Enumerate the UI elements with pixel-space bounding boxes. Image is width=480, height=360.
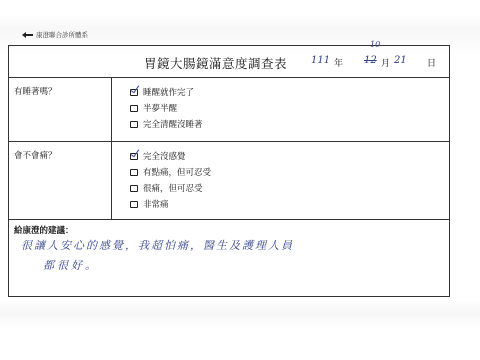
arrow-left-icon [22, 33, 33, 37]
handwritten-suggestion-line2: 都很好。 [43, 257, 99, 273]
option-label: 睡醒就作完了 [143, 86, 194, 98]
date-month-correction[interactable]: 10 [370, 40, 380, 49]
checkbox-icon[interactable] [130, 169, 138, 176]
survey-form: 胃鏡大腸鏡滿意度調查表 111 年 10 12 月 21 日 有睡著嗎？ 睡醒就… [8, 45, 450, 297]
date-day-value[interactable]: 21 [394, 55, 407, 66]
date-year-label: 年 [334, 56, 343, 69]
checkbox-icon[interactable] [130, 185, 138, 192]
option-label: 半夢半醒 [143, 102, 177, 114]
option-item[interactable]: 完全清醒沒睡著 [130, 116, 203, 132]
option-list: 睡醒就作完了 半夢半醒 完全清醒沒睡著 [130, 84, 203, 132]
option-item[interactable]: 完全沒感覺 [130, 148, 211, 164]
checkbox-checked-icon[interactable] [130, 153, 138, 160]
option-item[interactable]: 半夢半醒 [130, 100, 203, 116]
scan-shadow-bottom [0, 300, 480, 328]
suggestion-label: 給康澄的建議： [14, 224, 74, 236]
question-row-sleep: 有睡著嗎？ 睡醒就作完了 半夢半醒 完全清醒沒睡著 [9, 78, 449, 142]
column-divider [111, 142, 112, 219]
date-month-value[interactable]: 12 [364, 55, 377, 66]
option-label: 有點痛，但可忍受 [143, 166, 211, 178]
question-row-pain: 會不會痛？ 完全沒感覺 有點痛，但可忍受 很痛，但可忍受 非常痛 [9, 142, 449, 220]
checkbox-icon[interactable] [130, 201, 138, 208]
suggestion-section[interactable]: 給康澄的建議： 很讓人安心的感覺，我超怕痛，醫生及護理人員 都很好。 [9, 220, 449, 298]
option-label: 完全清醒沒睡著 [143, 118, 203, 130]
organization-name: 康澄聯合診所體系 [36, 30, 88, 39]
option-item[interactable]: 有點痛，但可忍受 [130, 164, 211, 180]
date-month-label: 月 [381, 56, 390, 69]
checkbox-checked-icon[interactable] [130, 89, 138, 96]
option-item[interactable]: 非常痛 [130, 196, 211, 212]
option-label: 非常痛 [143, 198, 169, 210]
date-year-value[interactable]: 111 [311, 55, 330, 66]
question-label: 會不會痛？ [14, 149, 57, 161]
title-row: 胃鏡大腸鏡滿意度調查表 111 年 10 12 月 21 日 [9, 46, 449, 78]
form-title: 胃鏡大腸鏡滿意度調查表 [144, 54, 287, 72]
checkbox-icon[interactable] [130, 121, 138, 128]
handwritten-suggestion-line1: 很讓人安心的感覺，我超怕痛，醫生及護理人員 [21, 237, 294, 253]
date-day-label: 日 [427, 56, 436, 69]
organization-header: 康澄聯合診所體系 [22, 30, 88, 39]
option-label: 完全沒感覺 [143, 150, 186, 162]
column-divider [111, 78, 112, 141]
option-item[interactable]: 睡醒就作完了 [130, 84, 203, 100]
option-item[interactable]: 很痛，但可忍受 [130, 180, 211, 196]
option-label: 很痛，但可忍受 [143, 182, 203, 194]
question-label: 有睡著嗎？ [14, 85, 57, 97]
option-list: 完全沒感覺 有點痛，但可忍受 很痛，但可忍受 非常痛 [130, 148, 211, 212]
checkbox-icon[interactable] [130, 105, 138, 112]
